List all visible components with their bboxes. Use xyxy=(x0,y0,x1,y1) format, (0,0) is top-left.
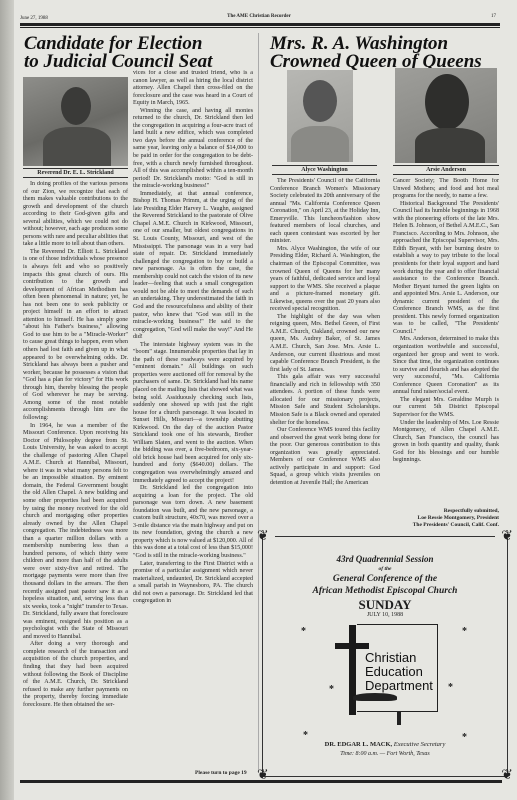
paragraph: Under the leadership of Mrs. Loe Ressie … xyxy=(393,420,499,465)
photo-alyce-washington xyxy=(287,70,353,162)
headline-left-line2: to Judicial Council Seat xyxy=(24,52,212,71)
portrait-face xyxy=(303,80,337,122)
paragraph: The elegant Mrs. Geraldine Murph is our … xyxy=(393,397,499,420)
ad-of-the: of the xyxy=(263,566,507,572)
star-icon: * xyxy=(462,626,467,637)
page-number: 17 xyxy=(491,14,496,19)
signature-line: The Presidents' Council, Calif. Conf. xyxy=(393,522,499,529)
flourish-icon: ❦ xyxy=(501,767,513,784)
paragraph: In 1964, he was a member of the Missouri… xyxy=(23,423,128,642)
star-icon: * xyxy=(303,730,308,741)
paragraph: Cancer Society; The Booth Home for Unwed… xyxy=(393,178,499,201)
ad-day: SUNDAY xyxy=(263,597,507,613)
paragraph: This gala affair was very successful fin… xyxy=(270,374,380,427)
flourish-icon: ❦ xyxy=(501,528,513,545)
paragraph: vices for a close and trusted friend, wh… xyxy=(133,70,253,108)
portrait-body xyxy=(415,128,485,163)
cross-bar xyxy=(335,643,369,649)
flourish-icon: ❦ xyxy=(257,528,269,545)
cross-icon xyxy=(349,625,356,715)
portrait-face xyxy=(61,87,91,125)
continued-note: Please turn to page 19 xyxy=(195,770,247,776)
paragraph: Dr. Strickland led the congregation into… xyxy=(133,485,253,560)
signature-line: Loe Ressie Montgomery, President xyxy=(393,515,499,522)
star-icon: * xyxy=(301,626,306,637)
article-left-column-1: In doing profiles of the various persons… xyxy=(23,181,128,781)
ad-session: 43rd Quadrennial Session xyxy=(263,554,507,564)
ad-ame-church: African Methodist Episcopal Church xyxy=(263,586,507,596)
paragraph: Historical Background The Presidents' Co… xyxy=(393,201,499,337)
header-rule-thin xyxy=(20,27,500,28)
secretary-title: Executive Secretary xyxy=(394,741,446,748)
page-header: June 27, 1988 The AME Christian Recorder… xyxy=(20,13,498,23)
article-right-column-1: The Presidents' Council of the Californi… xyxy=(270,178,380,508)
paragraph: After doing a very thorough and complete… xyxy=(23,641,128,709)
star-icon: * xyxy=(329,684,334,695)
logo-word-christian: Christian xyxy=(365,651,416,665)
paragraph: The interstate highway system was in the… xyxy=(133,342,253,485)
ad-secretary: DR. EDGAR L. MACK, Executive Secretary xyxy=(263,741,507,748)
photo-caption-arsie: Arsie Anderson xyxy=(393,165,499,175)
portrait-body xyxy=(291,126,349,162)
column-divider xyxy=(258,33,259,773)
photo-caption-strickland: Reverend Dr. E. L. Strickland xyxy=(23,168,128,178)
conference-ad: ❦ ❦ ❦ ❦ 43rd Quadrennial Session of the … xyxy=(262,538,508,777)
paragraph: The Reverend Dr. Elliott L. Strickland i… xyxy=(23,249,128,423)
paragraph: The Presidents' Council of the Californi… xyxy=(270,178,380,246)
paragraph: Winning the case, and having all monies … xyxy=(133,108,253,191)
footer-rule xyxy=(20,780,502,783)
christian-education-logo: Christian Education Department xyxy=(357,624,438,712)
signature-line: Respectfully submitted, xyxy=(393,508,499,515)
logo-word-department: Department xyxy=(365,679,433,693)
article-left-column-2: vices for a close and trusted friend, wh… xyxy=(133,70,253,770)
publication-name: The AME Christian Recorder xyxy=(20,14,498,19)
header-rule xyxy=(20,23,500,26)
photo-strickland xyxy=(23,77,128,166)
paragraph: The highlight of the day was when reigni… xyxy=(270,314,380,374)
paragraph: Mrs. Anderson, determined to make this o… xyxy=(393,336,499,396)
page-binding-edge xyxy=(0,0,14,800)
bookmark-icon xyxy=(397,711,401,725)
photo-caption-alyce: Alyce Washington xyxy=(272,165,377,175)
portrait-face xyxy=(425,74,469,130)
photo-arsie-anderson xyxy=(395,68,497,163)
ad-date: JULY 10, 1988 xyxy=(263,612,507,618)
paragraph: Mrs. Alyce Washington, the wife of our P… xyxy=(270,246,380,314)
paragraph: Our Conference WMS toured this facility … xyxy=(270,427,380,487)
portrait-body xyxy=(43,127,111,166)
paragraph: Later, transferring to the First Distric… xyxy=(133,561,253,606)
ad-time-place: Time: 8:00 a.m. — Fort Worth, Texas xyxy=(263,751,507,757)
ad-border-top xyxy=(275,536,495,539)
signature-block: Respectfully submitted, Loe Ressie Montg… xyxy=(393,508,499,529)
paragraph: Immediately, at that annual conference, … xyxy=(133,191,253,342)
star-icon: * xyxy=(448,682,453,693)
article-right-column-2: Cancer Society; The Booth Home for Unwed… xyxy=(393,178,499,484)
lamp-icon xyxy=(353,693,397,701)
logo-word-education: Education xyxy=(365,665,423,679)
paragraph: In doing profiles of the various persons… xyxy=(23,181,128,249)
secretary-name: DR. EDGAR L. MACK, xyxy=(325,741,393,748)
ad-general-conference: General Conference of the xyxy=(263,574,507,584)
